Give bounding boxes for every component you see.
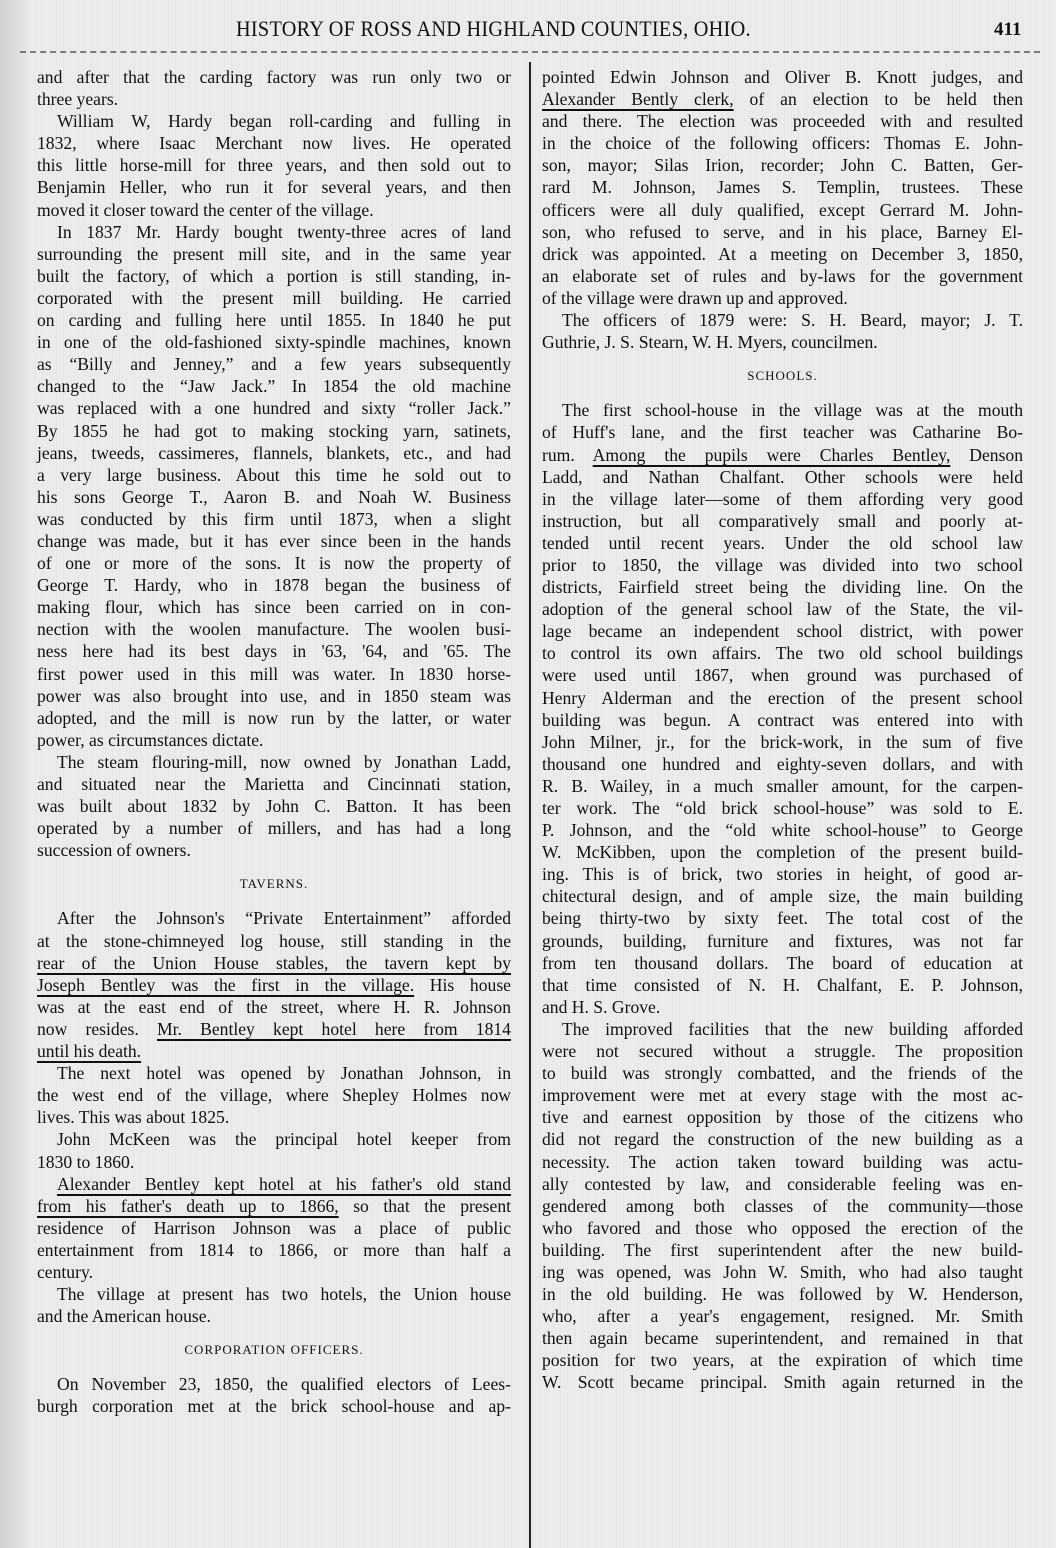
text-line: and H. S. Grove. — [542, 996, 1023, 1018]
text-line: By 1855 he had got to making stocking ya… — [37, 420, 511, 442]
text-line: After the Johnson's “Private Entertainme… — [37, 907, 511, 929]
text-line: R. B. Wailey, in a much smaller amount, … — [542, 775, 1023, 797]
text-line: W. McKibben, upon the completion of the … — [542, 841, 1023, 863]
text-line: Alexander Bentley kept hotel at his fath… — [37, 1173, 511, 1195]
text-line: century. — [37, 1261, 511, 1283]
text-line: surrounding the present mill site, and i… — [37, 243, 511, 265]
text-line: entertainment from 1814 to 1866, or more… — [37, 1239, 511, 1261]
text-line: rard M. Johnson, James S. Templin, trust… — [542, 176, 1023, 198]
text-line: changed to the “Jaw Jack.” In 1854 the o… — [37, 375, 511, 397]
text-line: The steam flouring-mill, now owned by Jo… — [37, 751, 511, 773]
text-line: from ten thousand dollars. The board of … — [542, 952, 1023, 974]
text-line: adopted, and the mill is now run by the … — [37, 707, 511, 729]
text-line: ing was opened, was John W. Smith, who h… — [542, 1261, 1023, 1283]
text-line: moved it closer toward the center of the… — [37, 199, 511, 221]
text-line: Alexander Bently clerk, of an election t… — [542, 88, 1023, 110]
text-line: in the old building. He was followed by … — [542, 1283, 1023, 1305]
text-line: to build was strongly combatted, and the… — [542, 1062, 1023, 1084]
text-line: thousand one hundred and eighty-seven do… — [542, 753, 1023, 775]
text-line: son, who refused to serve, and in his pl… — [542, 221, 1023, 243]
text-line: chitectural design, and of ample size, t… — [542, 885, 1023, 907]
text-line: change was made, but it has ever since b… — [37, 530, 511, 552]
text-line: built the factory, of which a portion is… — [37, 265, 511, 287]
handwritten-underline: Among the pupils were Charles Bentley, — [593, 445, 951, 465]
text-line: W. Scott became principal. Smith again r… — [542, 1371, 1023, 1393]
text-line: Ladd, and Nathan Chalfant. Other schools… — [542, 466, 1023, 488]
header-rule — [20, 51, 1040, 53]
text-line: rum. Among the pupils were Charles Bentl… — [542, 444, 1023, 466]
text-line: from his father's death up to 1866, so t… — [37, 1195, 511, 1217]
text-line: ing. This is of brick, two stories in he… — [542, 863, 1023, 885]
text-line: this little horse-mill for three years, … — [37, 154, 511, 176]
text-line: was conducted by this firm until 1873, w… — [37, 508, 511, 530]
text-line: grounds, building, furniture and fixture… — [542, 930, 1023, 952]
text-line: lives. This was about 1825. — [37, 1106, 511, 1128]
text-line: were not secured without a struggle. The… — [542, 1040, 1023, 1062]
handwritten-underline: Alexander Bentley kept hotel at his fath… — [57, 1174, 511, 1194]
text-line: and there. The election was proceeded wi… — [542, 110, 1023, 132]
text-line: in one of the old-fashioned sixty-spindl… — [37, 331, 511, 353]
text-line: William W, Hardy began roll-carding and … — [37, 110, 511, 132]
text-line: his sons George T., Aaron B. and Noah W.… — [37, 486, 511, 508]
text-line: now resides. Mr. Bentley kept hotel here… — [37, 1018, 511, 1040]
handwritten-underline: until his death. — [37, 1041, 141, 1061]
text-line: jeans, tweeds, cassimeres, flannels, bla… — [37, 442, 511, 464]
text-line: a very large business. About this time h… — [37, 464, 511, 486]
text-line: The village at present has two hotels, t… — [37, 1283, 511, 1305]
text-line: at the stone-chimneyed log house, still … — [37, 930, 511, 952]
text-line: Guthrie, J. S. Stearn, W. H. Myers, coun… — [542, 331, 1023, 353]
text-line: succession of owners. — [37, 839, 511, 861]
text-line: 1832, where Isaac Merchant now lives. He… — [37, 132, 511, 154]
handwritten-underline: Alexander Bently clerk, — [542, 89, 734, 109]
text-line: that time consisted of N. H. Chalfant, E… — [542, 974, 1023, 996]
text-line: George T. Hardy, who in 1878 began the b… — [37, 574, 511, 596]
text-line: were used until 1867, when ground was pu… — [542, 664, 1023, 686]
text-line: was replaced with a one hundred and sixt… — [37, 397, 511, 419]
handwritten-underline: from his father's death up to 1866, — [37, 1196, 339, 1216]
text-line: power was also brought into use, and in … — [37, 685, 511, 707]
text-line: tive and earnest opposition by those of … — [542, 1106, 1023, 1128]
text-line: was at the east end of the street, where… — [37, 996, 511, 1018]
text-line: corporated with the present mill buildin… — [37, 287, 511, 309]
column-divider — [529, 62, 531, 1548]
text-line: officers were all duly qualified, except… — [542, 199, 1023, 221]
text-line: did not regard the construction of the n… — [542, 1128, 1023, 1150]
text-line: of the village were drawn up and approve… — [542, 287, 1023, 309]
text-line: son, mayor; Silas Irion, recorder; John … — [542, 154, 1023, 176]
text-line: as “Billy and Jenney,” and a few years s… — [37, 353, 511, 375]
text-line: position for two years, at the expiratio… — [542, 1349, 1023, 1371]
scan-edge-shadow — [0, 0, 28, 1548]
page-number: 411 — [994, 19, 1021, 41]
text-line: P. Johnson, and the “old white school-ho… — [542, 819, 1023, 841]
text-line: The improved facilities that the new bui… — [542, 1018, 1023, 1040]
left-column: and after that the carding factory was r… — [37, 66, 511, 1418]
section-heading: CORPORATION OFFICERS. — [37, 1339, 511, 1361]
text-line: who, after a year's engagement, resigned… — [542, 1305, 1023, 1327]
text-line: adoption of the general school law of th… — [542, 598, 1023, 620]
text-line: residence of Harrison Johnson was a plac… — [37, 1217, 511, 1239]
text-line: building was begun. A contract was enter… — [542, 709, 1023, 731]
text-line: making flour, which has since been carri… — [37, 596, 511, 618]
text-line: John Milner, jr., for the brick-work, in… — [542, 731, 1023, 753]
text-line: power, as circumstances dictate. — [37, 729, 511, 751]
text-line: first power used in this mill was water.… — [37, 663, 511, 685]
right-column: pointed Edwin Johnson and Oliver B. Knot… — [542, 66, 1023, 1394]
text-line: John McKeen was the principal hotel keep… — [37, 1128, 511, 1150]
text-line: operated by a number of millers, and has… — [37, 817, 511, 839]
text-line: who favored and those who opposed the er… — [542, 1217, 1023, 1239]
handwritten-underline: rear of the Union House stables, the tav… — [37, 953, 511, 973]
text-line: ter work. The “old brick school-house” w… — [542, 797, 1023, 819]
text-line: building. The first superintendent after… — [542, 1239, 1023, 1261]
running-title: HISTORY OF ROSS AND HIGHLAND COUNTIES, O… — [236, 16, 751, 42]
handwritten-underline: Mr. Bentley kept hotel here from 1814 — [157, 1019, 511, 1039]
handwritten-underline: Joseph Bentley was the first in the vill… — [37, 975, 414, 995]
running-header: HISTORY OF ROSS AND HIGHLAND COUNTIES, O… — [0, 10, 1056, 42]
text-line: in the village later—some of them afford… — [542, 488, 1023, 510]
text-line: lage became an independent school distri… — [542, 620, 1023, 642]
text-line: prior to 1850, the village was divided i… — [542, 554, 1023, 576]
text-line: was built about 1832 by John C. Batton. … — [37, 795, 511, 817]
text-line: of one or more of the sons. It is now th… — [37, 552, 511, 574]
text-line: pointed Edwin Johnson and Oliver B. Knot… — [542, 66, 1023, 88]
text-line: being thirty-two by sixty feet. The tota… — [542, 907, 1023, 929]
text-line: to control its own affairs. The two old … — [542, 642, 1023, 664]
text-line: the west end of the village, where Shepl… — [37, 1084, 511, 1106]
text-line: and situated near the Marietta and Cinci… — [37, 773, 511, 795]
scanned-page: HISTORY OF ROSS AND HIGHLAND COUNTIES, O… — [0, 0, 1056, 1548]
text-line: 1830 to 1860. — [37, 1151, 511, 1173]
text-line: On November 23, 1850, the qualified elec… — [37, 1373, 511, 1395]
text-line: three years. — [37, 88, 511, 110]
text-line: necessity. The action taken toward build… — [542, 1151, 1023, 1173]
text-line: on carding and fulling here until 1855. … — [37, 309, 511, 331]
text-line: ness here had its best days in '63, '64,… — [37, 640, 511, 662]
text-line: burgh corporation met at the brick schoo… — [37, 1395, 511, 1417]
text-line: drick was appointed. At a meeting on Dec… — [542, 243, 1023, 265]
text-line: until his death. — [37, 1040, 511, 1062]
text-line: rear of the Union House stables, the tav… — [37, 952, 511, 974]
section-heading: SCHOOLS. — [542, 365, 1023, 387]
section-heading: TAVERNS. — [37, 873, 511, 895]
text-line: then again became superintendent, and re… — [542, 1327, 1023, 1349]
text-line: Benjamin Heller, who run it for several … — [37, 176, 511, 198]
text-line: gendered among both classes of the commu… — [542, 1195, 1023, 1217]
text-line: Joseph Bentley was the first in the vill… — [37, 974, 511, 996]
text-line: In 1837 Mr. Hardy bought twenty-three ac… — [37, 221, 511, 243]
text-line: instruction, but all comparatively small… — [542, 510, 1023, 532]
text-line: of Huff's lane, and the first teacher wa… — [542, 421, 1023, 443]
text-line: in the choice of the following officers:… — [542, 132, 1023, 154]
text-line: and after that the carding factory was r… — [37, 66, 511, 88]
text-line: The officers of 1879 were: S. H. Beard, … — [542, 309, 1023, 331]
text-line: The first school-house in the village wa… — [542, 399, 1023, 421]
text-line: Henry Alderman and the erection of the p… — [542, 687, 1023, 709]
text-line: nection with the woolen manufacture. The… — [37, 618, 511, 640]
text-line: and the American house. — [37, 1305, 511, 1327]
text-line: The next hotel was opened by Jonathan Jo… — [37, 1062, 511, 1084]
text-line: ally contested by law, and considerable … — [542, 1173, 1023, 1195]
text-line: an elaborate set of rules and by-laws fo… — [542, 265, 1023, 287]
text-line: tended until recent years. Under the old… — [542, 532, 1023, 554]
text-line: districts, Fairfield street being the di… — [542, 576, 1023, 598]
text-line: improvement were met at every stage with… — [542, 1084, 1023, 1106]
